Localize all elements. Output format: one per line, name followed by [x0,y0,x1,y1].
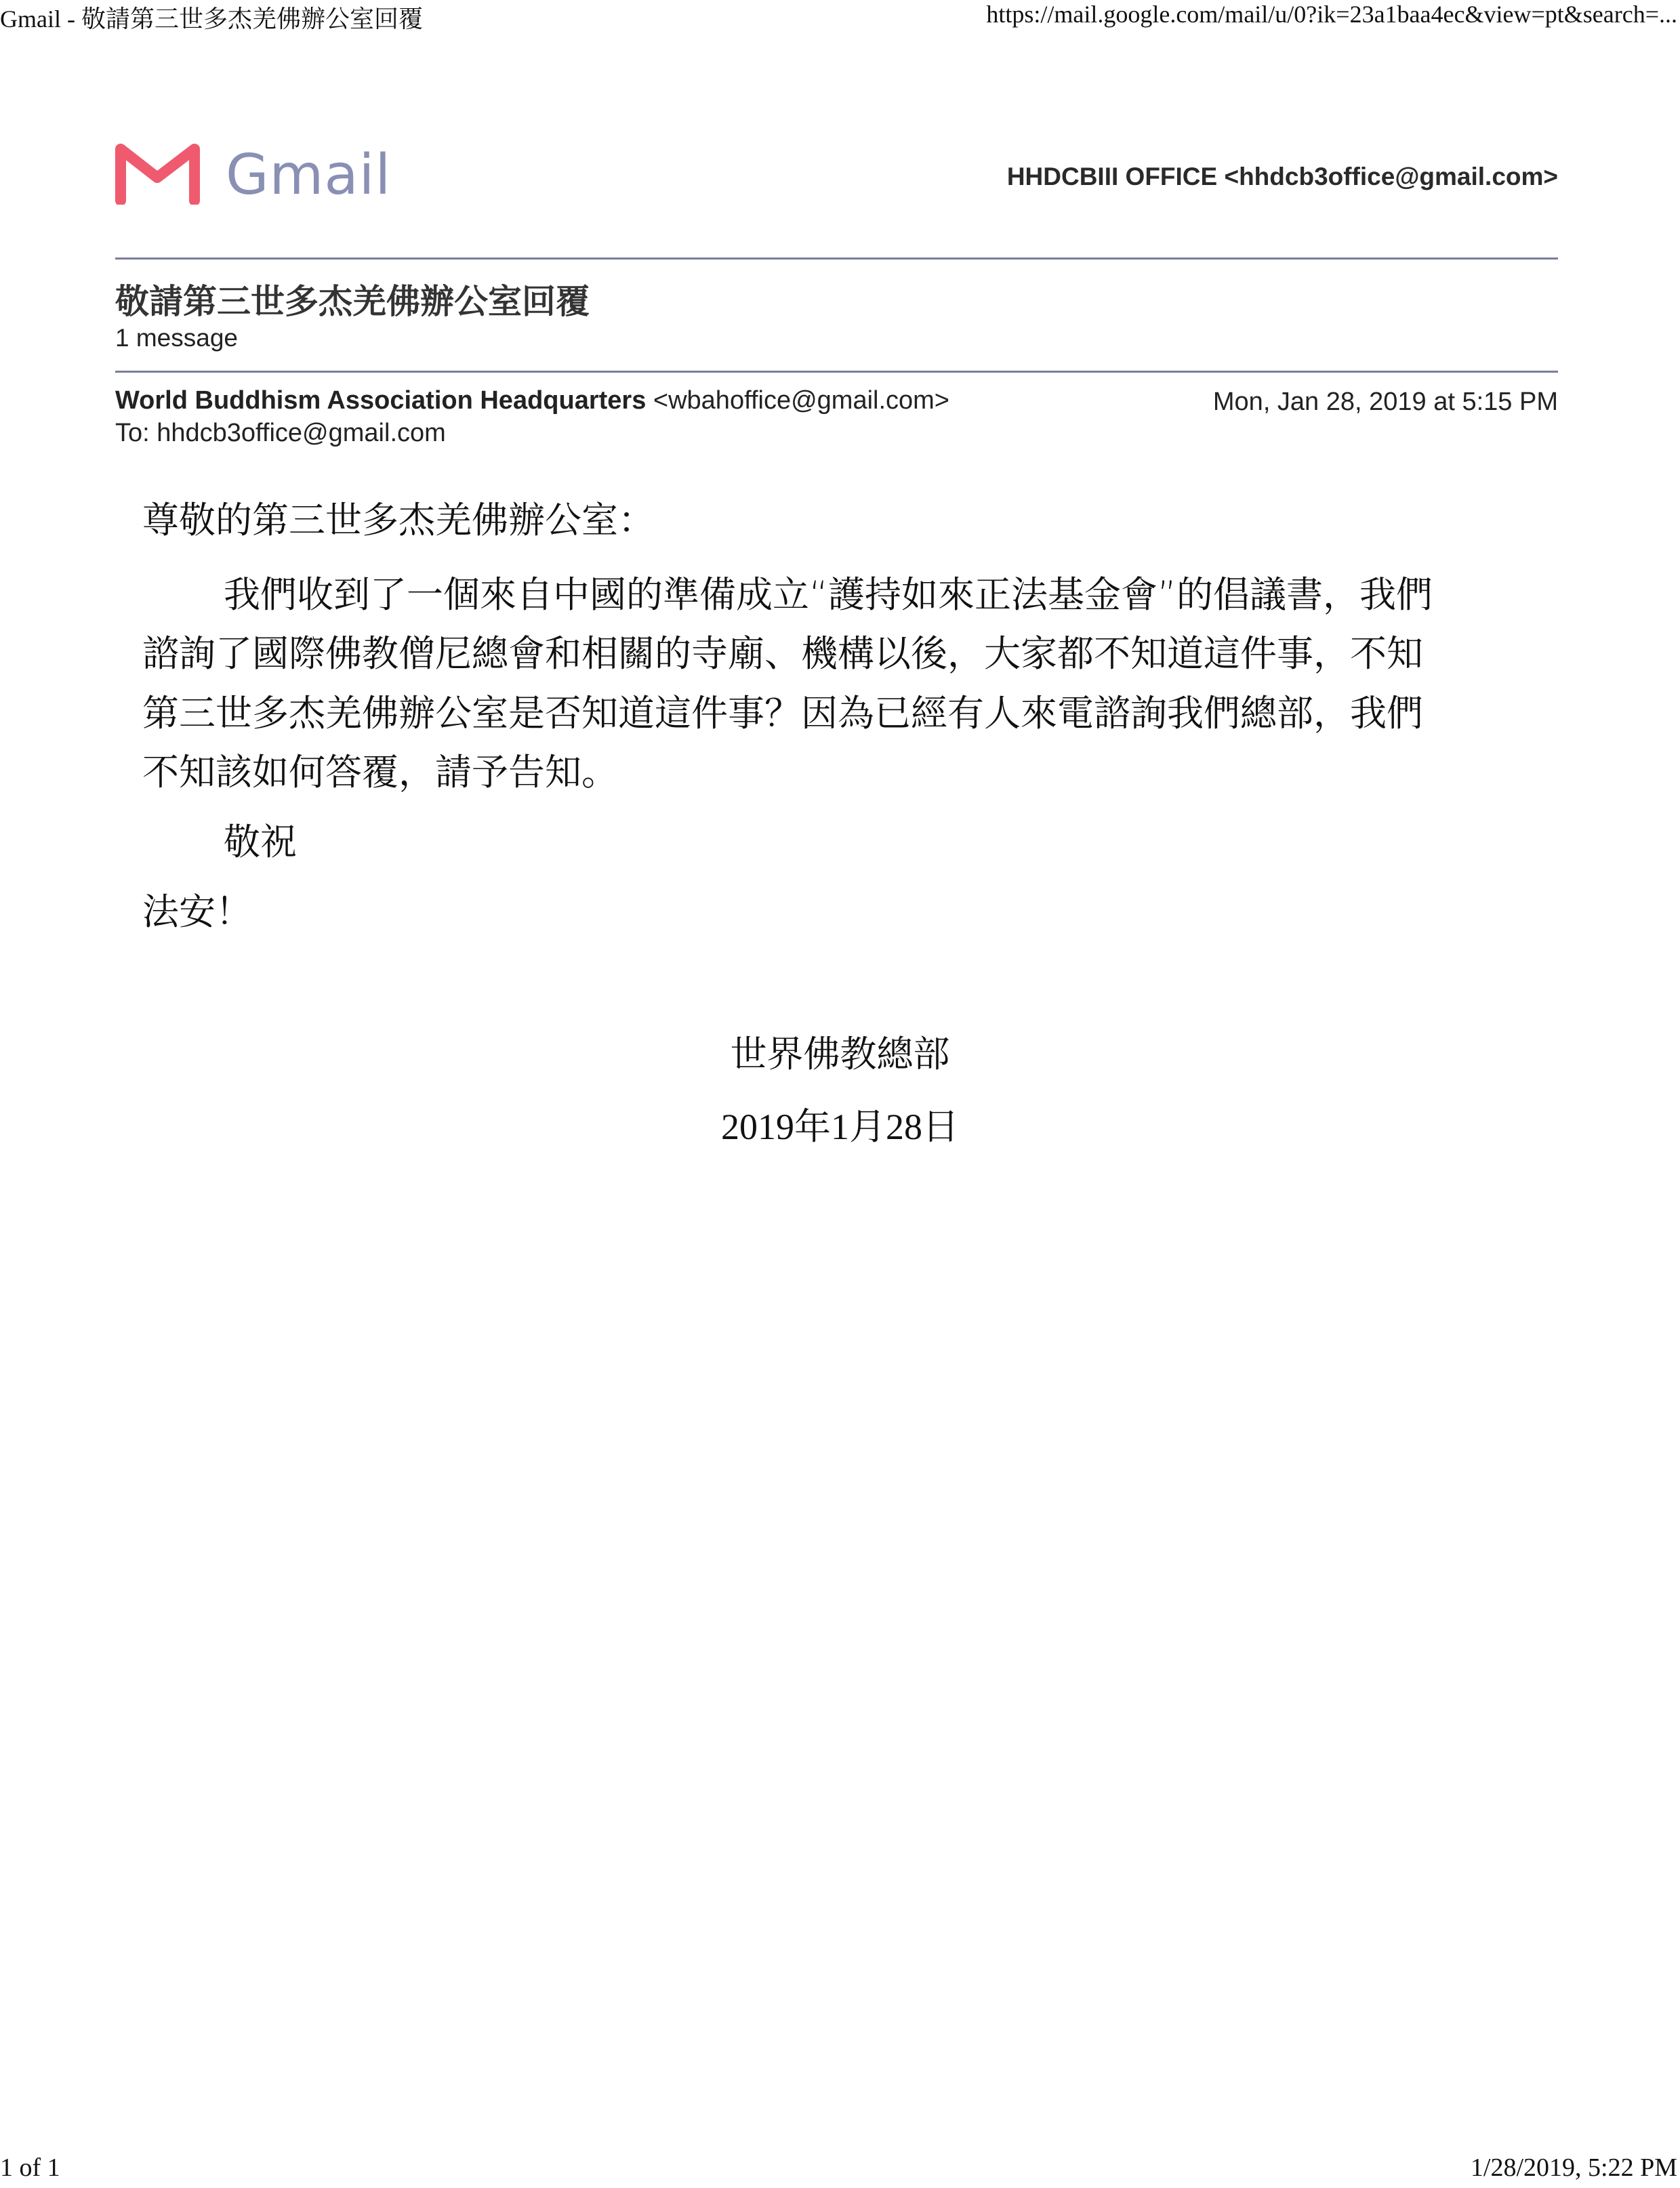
print-url: https://mail.google.com/mail/u/0?ik=23a1… [986,0,1677,28]
message-count: 1 message [115,324,238,352]
print-header: Gmail - 敬請第三世多杰羌佛辦公室回覆 https://mail.goog… [0,0,1680,34]
printed-timestamp: 1/28/2019, 5:22 PM [1471,2153,1677,2183]
gmail-logo: Gmail [115,144,391,205]
divider [115,371,1558,373]
signature-date: 2019年1月28日 [0,1098,1680,1150]
body-line: 我們收到了一個來自中國的準備成立“護持如來正法基金會”的倡議書，我們 [142,566,1433,618]
closing-blessing: 法安！ [142,883,252,935]
body-line: 第三世多杰羌佛辦公室是否知道這件事？因為已經有人來電諮詢我們總部，我們 [142,684,1423,737]
gmail-m-icon [115,142,200,208]
salutation: 尊敬的第三世多杰羌佛辦公室： [142,491,655,543]
divider [115,257,1558,260]
thread-subject: 敬請第三世多杰羌佛辦公室回覆 [115,274,590,323]
account-label: HHDCBIII OFFICE <hhdcb3office@gmail.com> [1007,163,1558,191]
body-line: 諮詢了國際佛教僧尼總會和相關的寺廟、機構以後，大家都不知道這件事，不知 [142,625,1423,677]
print-page-title: Gmail - 敬請第三世多杰羌佛辦公室回覆 [0,0,423,35]
message-date: Mon, Jan 28, 2019 at 5:15 PM [1213,388,1558,417]
sender-name: World Buddhism Association Headquarters [115,386,646,415]
sender-email: <wbahoffice@gmail.com> [653,386,949,415]
message-sender: World Buddhism Association Headquarters … [115,386,949,415]
body-line: 不知該如何答覆，請予告知。 [142,743,618,796]
closing-greeting: 敬祝 [142,813,297,865]
print-footer: 1 of 1 1/28/2019, 5:22 PM [0,2147,1680,2188]
message-recipient: To: hhdcb3office@gmail.com [115,419,446,448]
signature-org: 世界佛教總部 [0,1025,1680,1077]
gmail-wordmark: Gmail [226,143,391,207]
page-indicator: 1 of 1 [0,2153,60,2183]
